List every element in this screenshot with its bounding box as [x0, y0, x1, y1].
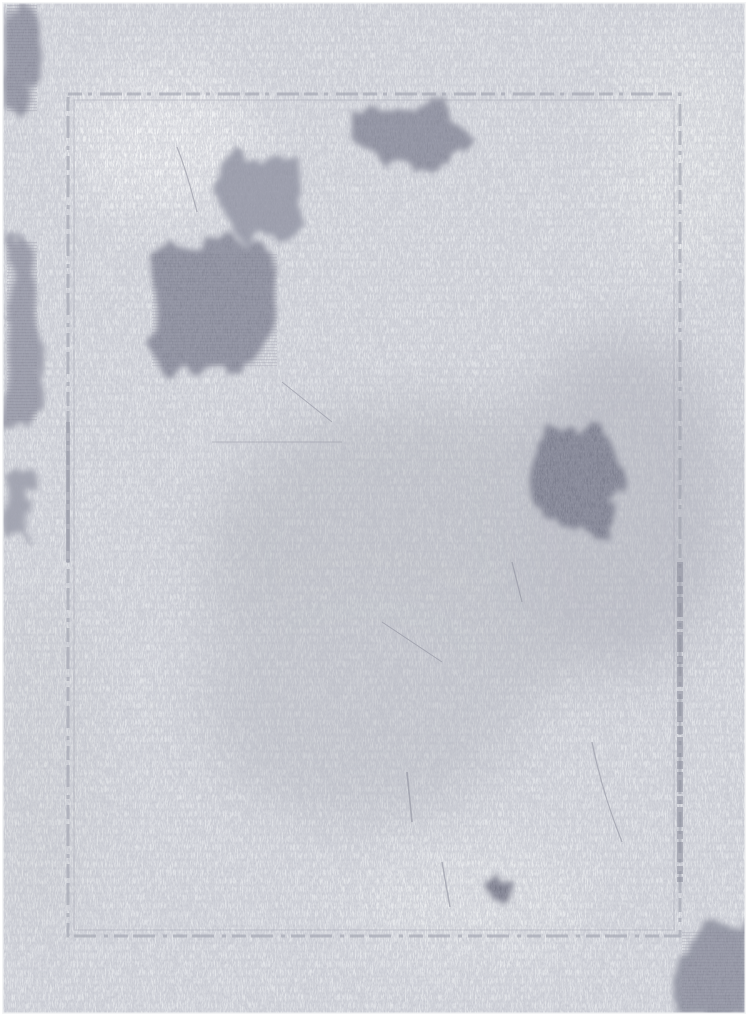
rug-photo: [2, 2, 746, 1014]
rug-texture: [2, 2, 746, 1014]
